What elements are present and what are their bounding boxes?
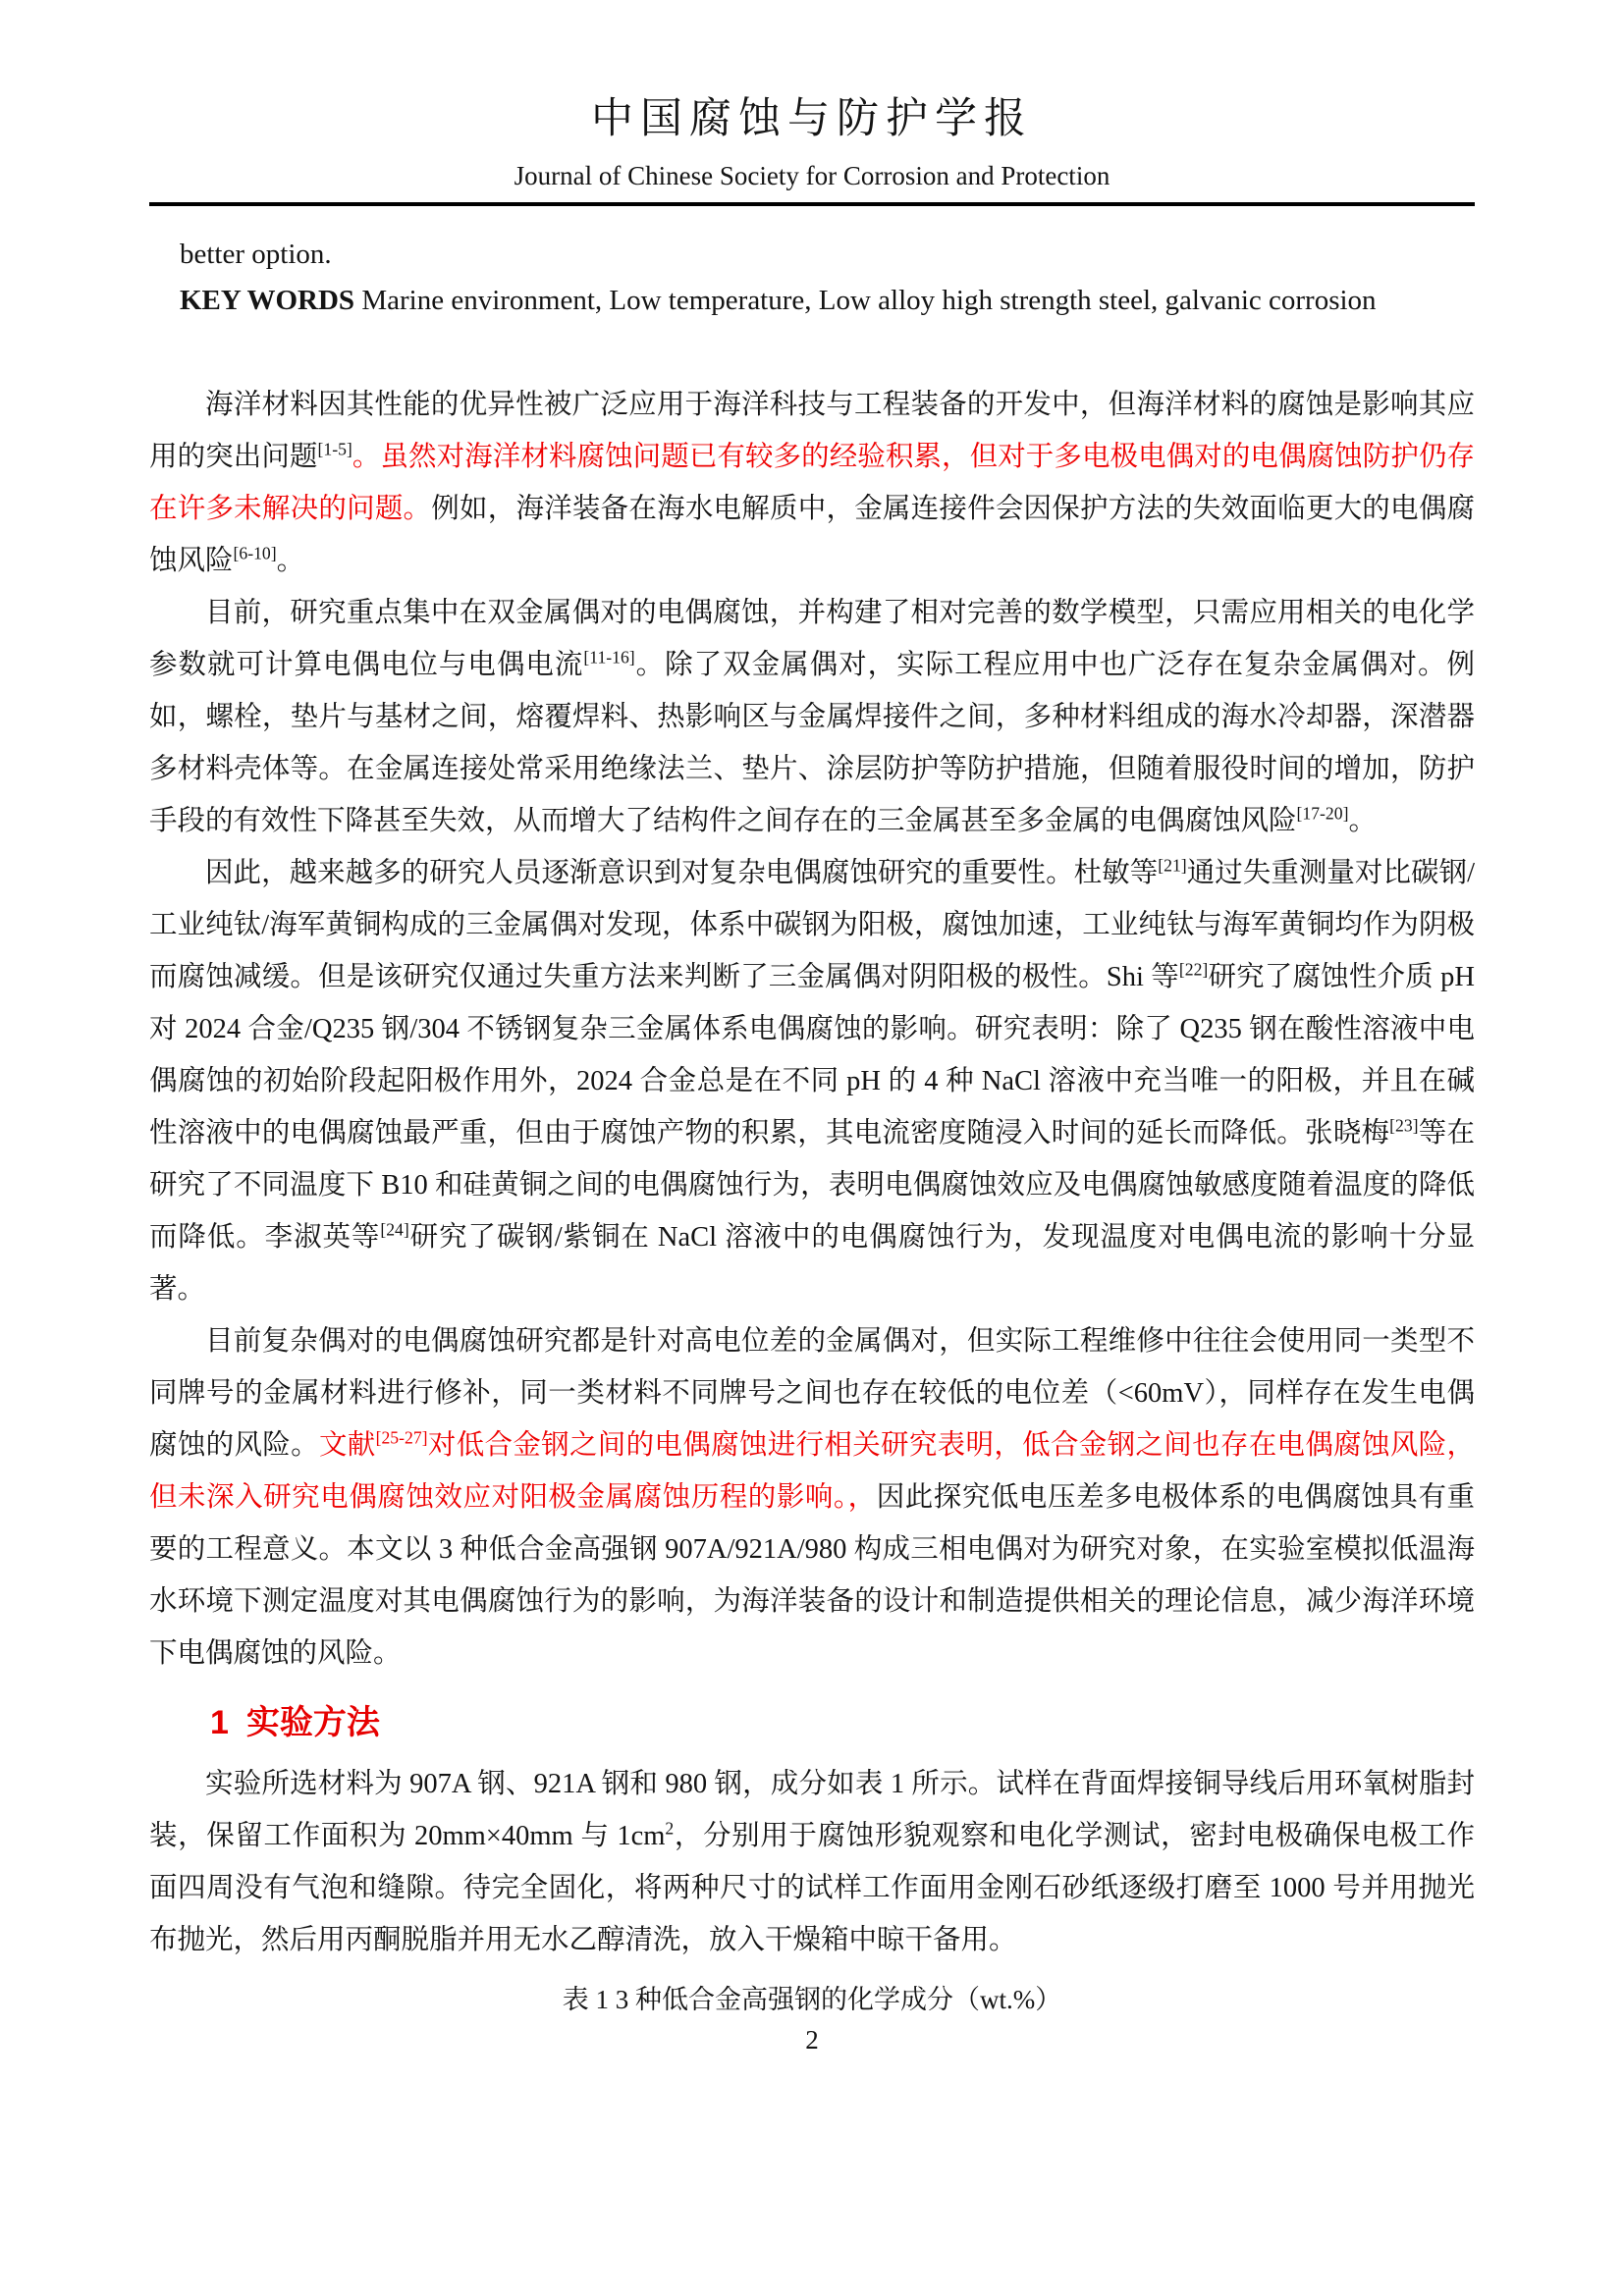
journal-title-en: Journal of Chinese Society for Corrosion… — [149, 159, 1475, 192]
keywords-line: KEY WORDS Marine environment, Low temper… — [180, 278, 1475, 324]
citation-ref-red: [25-27] — [376, 1428, 428, 1448]
table-1-caption: 表 1 3 种低合金高强钢的化学成分（wt.%） — [149, 1980, 1475, 2019]
text-run: 因此，越来越多的研究人员逐渐意识到对复杂电偶腐蚀研究的重要性。杜敏等 — [205, 858, 1158, 888]
section-number: 1 — [210, 1704, 229, 1741]
abstract-last-line: better option. — [180, 232, 1475, 278]
paragraph-4: 目前复杂偶对的电偶腐蚀研究都是针对高电位差的金属偶对，但实际工程维修中往往会使用… — [149, 1315, 1475, 1680]
citation-ref: [1-5] — [317, 440, 352, 459]
section-title: 实验方法 — [246, 1704, 380, 1741]
keywords-label: KEY WORDS — [180, 285, 354, 316]
article-body: 海洋材料因其性能的优异性被广泛应用于海洋科技与工程装备的开发中，但海洋材料的腐蚀… — [149, 379, 1475, 2058]
citation-ref: [21] — [1158, 856, 1186, 876]
citation-ref: [24] — [380, 1220, 408, 1240]
section-1-heading: 1实验方法 — [149, 1701, 1475, 1744]
paragraph-5: 实验所选材料为 907A 钢、921A 钢和 980 钢，成分如表 1 所示。试… — [149, 1758, 1475, 1966]
superscript-unit: 2 — [665, 1819, 674, 1839]
header-rule — [149, 202, 1475, 206]
text-run-red: 文献 — [319, 1430, 376, 1461]
keywords-text: Marine environment, Low temperature, Low… — [354, 285, 1376, 316]
text-run: 。 — [1348, 806, 1377, 836]
journal-title-cn: 中国腐蚀与防护学报 — [149, 94, 1475, 145]
citation-ref: [23] — [1389, 1116, 1418, 1136]
paragraph-2: 目前，研究重点集中在双金属偶对的电偶腐蚀，并构建了相对完善的数学模型，只需应用相… — [149, 587, 1475, 847]
paragraph-1: 海洋材料因其性能的优异性被广泛应用于海洋科技与工程装备的开发中，但海洋材料的腐蚀… — [149, 379, 1475, 587]
citation-ref: [22] — [1179, 960, 1208, 980]
citation-ref: [17-20] — [1297, 804, 1349, 824]
journal-header: 中国腐蚀与防护学报 Journal of Chinese Society for… — [149, 94, 1475, 206]
abstract-tail-block: better option. KEY WORDS Marine environm… — [149, 232, 1475, 324]
page-number: 2 — [149, 2021, 1475, 2058]
citation-ref: [11-16] — [583, 648, 634, 667]
paragraph-3: 因此，越来越多的研究人员逐渐意识到对复杂电偶腐蚀研究的重要性。杜敏等[21]通过… — [149, 847, 1475, 1315]
journal-page: 中国腐蚀与防护学报 Journal of Chinese Society for… — [0, 0, 1624, 2296]
text-run: 。 — [277, 546, 305, 576]
citation-ref: [6-10] — [234, 544, 277, 563]
